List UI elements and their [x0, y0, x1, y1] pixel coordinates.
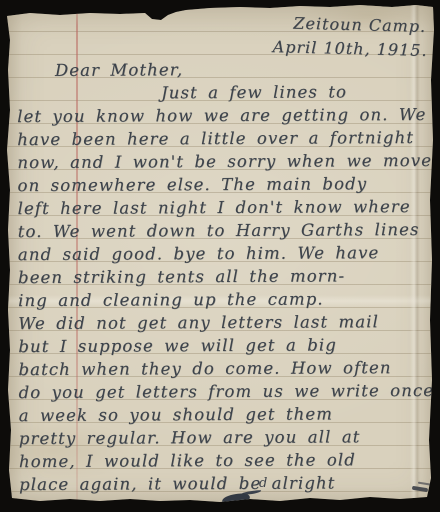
letter-line: batch when they do come. How often: [18, 356, 432, 381]
letter-line: but I suppose we will get a big: [18, 333, 432, 358]
letter-line: Just a few lines to: [161, 80, 431, 104]
stray-ink-mark: d: [259, 476, 267, 491]
letter-line: and said good. bye to him. We have: [18, 241, 432, 266]
letter-line: a week so you should get them: [19, 402, 433, 427]
letter-line: let you know how we are getting on. We: [17, 103, 431, 128]
letter-line: We did not get any letters last mail: [18, 310, 432, 335]
letter-line: place again, it would be alright: [19, 471, 433, 496]
letter-line: been striking tents all the morn-: [18, 264, 432, 289]
letter-line: home, I would like to see the old: [19, 448, 433, 473]
letter-salutation: Dear Mother,: [55, 57, 431, 82]
letter-line: have been here a little over a fortnight: [17, 126, 431, 151]
letter-line: to. We went down to Harry Garths lines: [18, 218, 432, 243]
letter-scan: Zeitoun Camp. April 10th, 1915. Dear Mot…: [0, 0, 440, 512]
letter-line: left here last night I don't know where: [18, 195, 432, 220]
letter-line: on somewhere else. The main body: [17, 172, 431, 197]
letter-line: now, and I won't be sorry when we move: [17, 149, 431, 174]
letter-body: Dear Mother, Just a few lines to let you…: [17, 57, 433, 496]
letter-paper: Zeitoun Camp. April 10th, 1915. Dear Mot…: [0, 0, 440, 512]
letter-line: ing and cleaning up the camp.: [18, 287, 432, 312]
letter-line: pretty regular. How are you all at: [19, 425, 433, 450]
letter-line: do you get letters from us we write once: [19, 379, 433, 404]
letter-heading: Zeitoun Camp. April 10th, 1915.: [273, 11, 427, 63]
